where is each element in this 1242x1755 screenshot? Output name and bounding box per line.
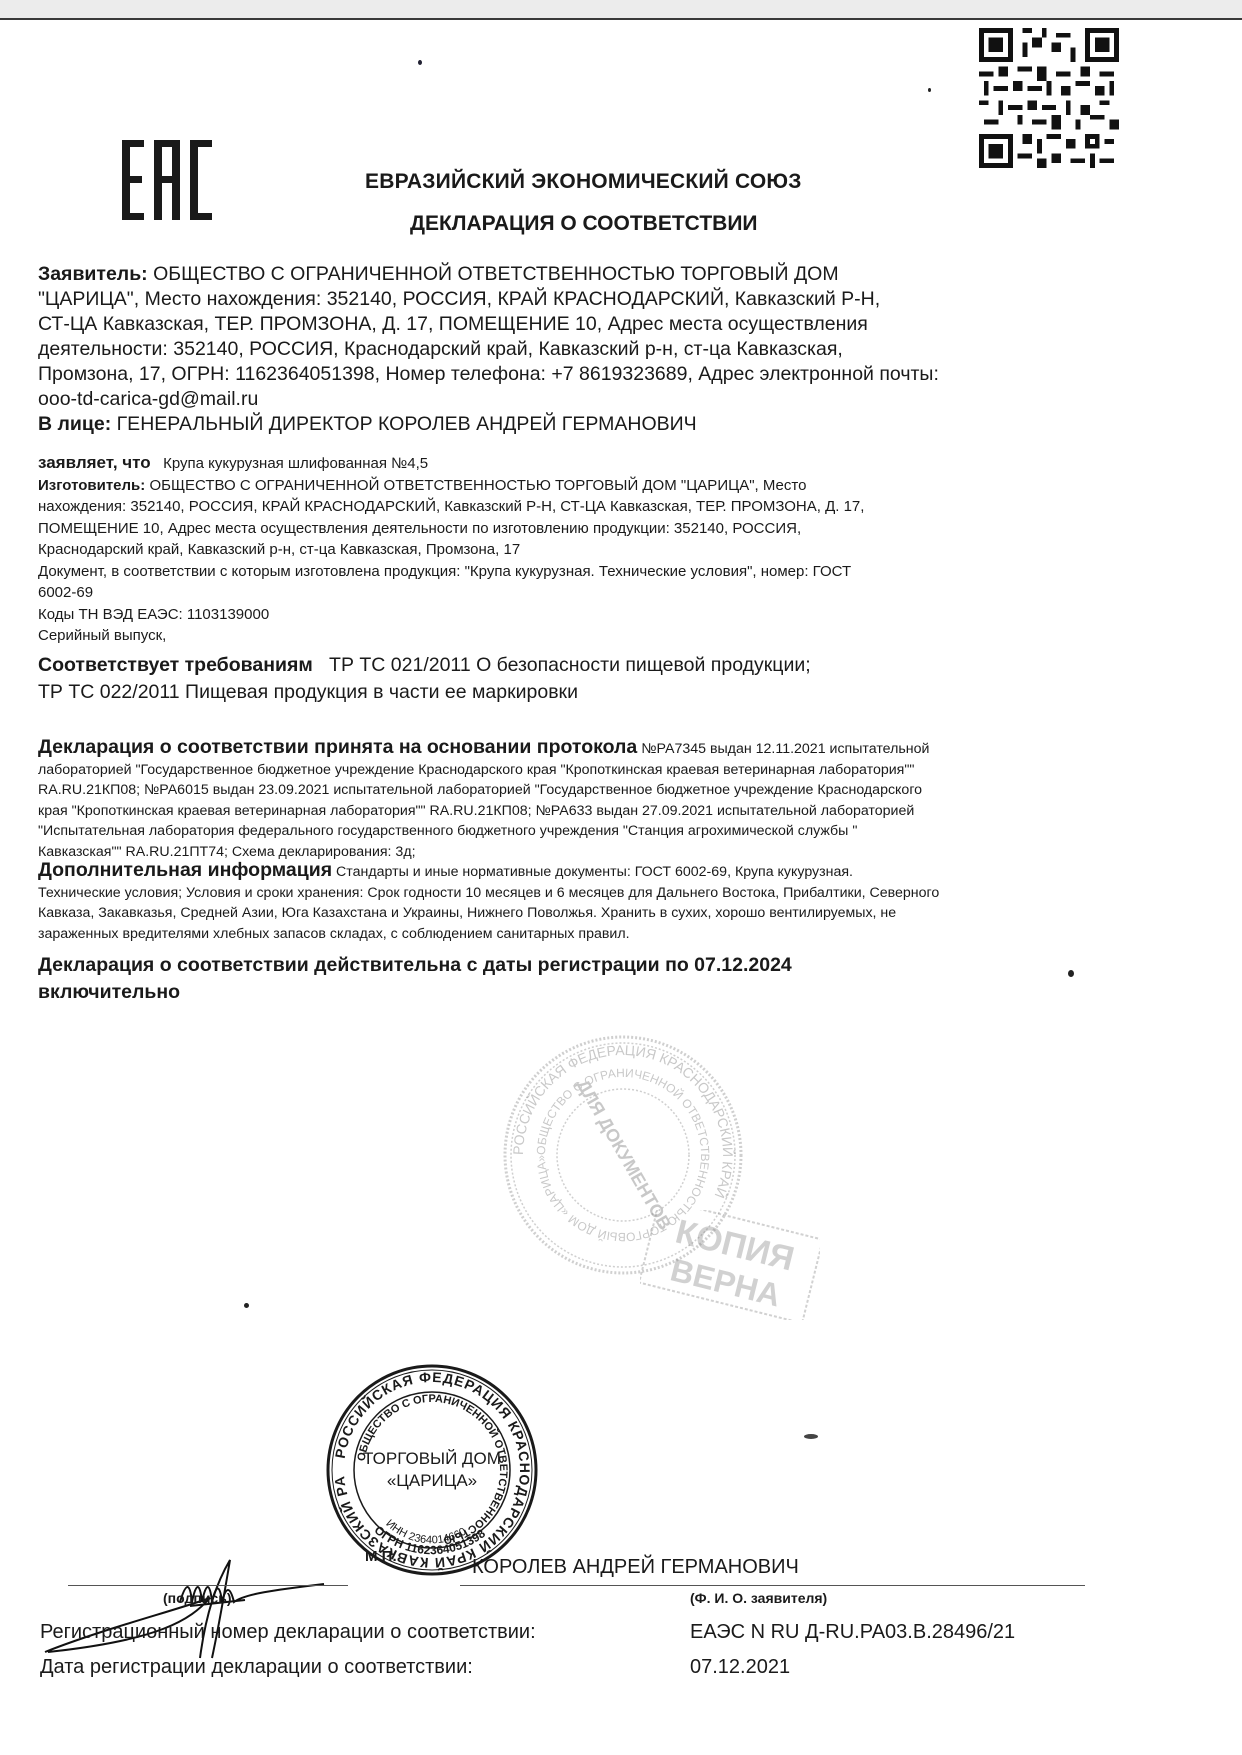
scan-speck [804,1434,818,1439]
validity-line: Декларация о соответствии действительна … [38,952,1208,979]
union-title: ЕВРАЗИЙСКИЙ ЭКОНОМИЧЕСКИЙ СОЮЗ [365,170,802,194]
protocol-line: края "Кропоткинская краевая ветеринарная… [38,801,1208,822]
manufacturer-line: ОБЩЕСТВО С ОГРАНИЧЕННОЙ ОТВЕТСТВЕННОСТЬЮ… [149,477,806,494]
person-label: В лице: [38,413,111,435]
additional-line: Кавказа, Закавказья, Средней Азии, Юга К… [38,903,1208,924]
scan-speck [418,60,422,65]
applicant-line: СТ-ЦА Кавказская, ТЕР. ПРОМЗОНА, Д. 17, … [38,312,1208,337]
applicant-email: ooo-td-carica-gd@mail.ru [38,387,1208,412]
applicant-section: Заявитель: ОБЩЕСТВО С ОГРАНИЧЕННОЙ ОТВЕТ… [38,262,1208,437]
document-line: 6002-69 [38,582,1208,604]
person-value: ГЕНЕРАЛЬНЫЙ ДИРЕКТОР КОРОЛЕВ АНДРЕЙ ГЕРМ… [117,413,697,435]
manufacturer-label: Изготовитель: [38,477,145,494]
mp-mark: М.П. [365,1548,397,1565]
qr-code [978,28,1120,168]
declares-label: заявляет, что [38,453,151,472]
eac-logo [122,140,212,220]
document-title: ДЕКЛАРАЦИЯ О СООТВЕТСТВИИ [410,212,758,236]
validity-section: Декларация о соответствии действительна … [38,952,1208,1006]
manufacturer-line: Краснодарский край, Кавказский р-н, ст-ц… [38,539,1208,561]
scan-speck [244,1303,249,1308]
applicant-label: Заявитель: [38,263,148,285]
name-caption: (Ф. И. О. заявителя) [690,1590,827,1606]
additional-info-label: Дополнительная информация [38,859,332,881]
signature-caption: (подпись) [163,1590,232,1606]
stamp-center-line1: ТОРГОВЫЙ ДОМ [363,1449,501,1468]
conformity-line: ТР ТС 022/2011 Пищевая продукция в части… [38,679,1208,706]
manufacturer-line: нахождения: 352140, РОССИЯ, КРАЙ КРАСНОД… [38,496,1208,518]
additional-info-section: Дополнительная информация Стандарты и ин… [38,860,1208,944]
declares-section: заявляет, что Крупа кукурузная шлифованн… [38,452,1208,647]
protocol-line: №РА7345 выдан 12.11.2021 испытательной [641,741,929,757]
conformity-line: ТР ТС 021/2011 О безопасности пищевой пр… [329,654,811,676]
applicant-full-name: КОРОЛЕВ АНДРЕЙ ГЕРМАНОВИЧ [472,1556,799,1579]
serial-release: Серийный выпуск, [38,625,1208,647]
registration-number-value: ЕАЭС N RU Д-RU.РА03.В.28496/21 [690,1621,1015,1644]
document-line: Документ, в соответствии с которым изгот… [38,561,1208,583]
qr-code-icon [978,28,1120,168]
scan-speck [1068,970,1074,977]
protocol-label: Декларация о соответствии принята на осн… [38,736,637,758]
stamp-center-line2: «ЦАРИЦА» [387,1471,477,1490]
additional-line: зараженных вредителями хлебных запасов с… [38,924,1208,945]
registration-number-label: Регистрационный номер декларации о соотв… [40,1621,536,1644]
additional-line: Стандарты и иные нормативные документы: … [336,864,853,880]
svg-text:ОБЩЕСТВО С ОГРАНИЧЕННОЙ ОТВЕТС: ОБЩЕСТВО С ОГРАНИЧЕННОЙ ОТВЕТСТВЕННОСТЬЮ [356,1393,510,1546]
name-line [460,1585,1085,1586]
applicant-line: "ЦАРИЦА", Место нахождения: 352140, РОСС… [38,287,1208,312]
additional-line: Технические условия; Условия и сроки хра… [38,883,1208,904]
registration-date-label: Дата регистрации декларации о соответств… [40,1656,473,1679]
tn-ved-code: Коды ТН ВЭД ЕАЭС: 1103139000 [38,604,1208,626]
copy-true-stamp: КОПИЯ ВЕРНА [640,1210,820,1325]
applicant-line: деятельности: 352140, РОССИЯ, Краснодарс… [38,337,1208,362]
signature-line [68,1585,348,1586]
conformity-label: Соответствует требованиям [38,654,313,676]
conformity-section: Соответствует требованиям ТР ТС 021/2011… [38,652,1208,706]
validity-line: включительно [38,979,1208,1006]
applicant-line: ОБЩЕСТВО С ОГРАНИЧЕННОЙ ОТВЕТСТВЕННОСТЬЮ… [153,263,838,285]
scan-top-edge [0,0,1242,20]
protocol-line: "Испытательная лаборатория федерального … [38,821,1208,842]
protocol-section: Декларация о соответствии принята на осн… [38,737,1208,862]
product-name: Крупа кукурузная шлифованная №4,5 [163,455,428,472]
copy-stamp-icon: КОПИЯ ВЕРНА [640,1210,820,1320]
registration-date-value: 07.12.2021 [690,1656,790,1679]
protocol-line: лабораторией "Государственное бюджетное … [38,760,1208,781]
stamp-inner-text: ОБЩЕСТВО С ОГРАНИЧЕННОЙ ОТВЕТСТВЕННОСТЬЮ [356,1393,510,1546]
eac-mark-icon [122,140,212,220]
protocol-line: RA.RU.21КП08; №РА6015 выдан 23.09.2021 и… [38,780,1208,801]
applicant-line: Промзона, 17, ОГРН: 1162364051398, Номер… [38,362,1208,387]
manufacturer-line: ПОМЕЩЕНИЕ 10, Адрес места осуществления … [38,518,1208,540]
scan-speck [928,88,931,92]
